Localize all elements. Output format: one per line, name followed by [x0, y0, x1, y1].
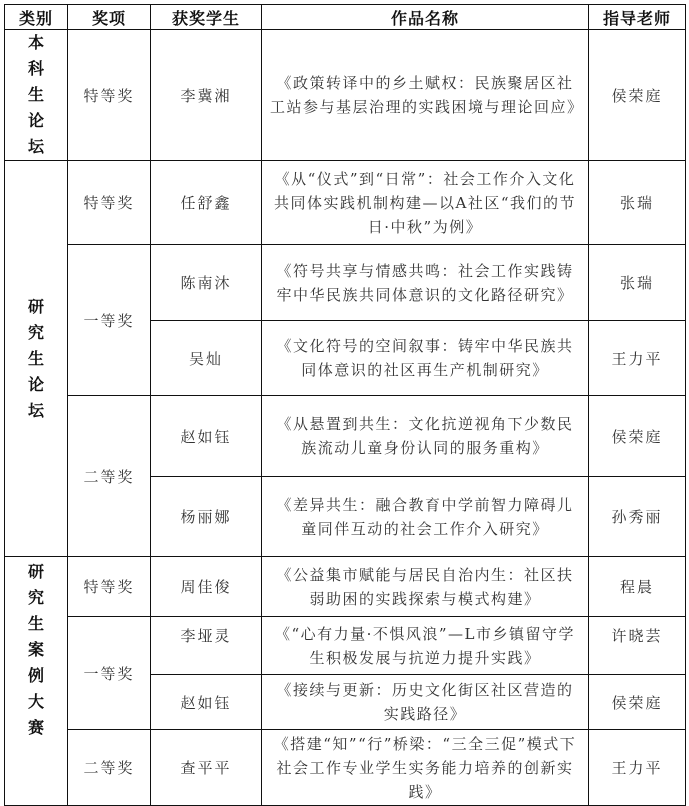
- title-cell: 《“心有力量·不惧风浪”—L市乡镇留守学生积极发展与抗逆力提升实践》: [262, 617, 589, 675]
- title-cell: 《文化符号的空间叙事：铸牢中华民族共同体意识的社区再生产机制研究》: [262, 321, 589, 396]
- header-student: 获奖学生: [151, 5, 262, 30]
- student-cell: 查平平: [151, 730, 262, 806]
- awards-table: 类别 奖项 获奖学生 作品名称 指导老师 本 科 生 论 坛 特等奖 李冀湘 《…: [4, 4, 686, 806]
- award-cell: 一等奖: [68, 245, 151, 396]
- award-cell: 特等奖: [68, 557, 151, 617]
- title-cell: 《符号共享与情感共鸣：社会工作实践铸牢中华民族共同体意识的文化路径研究》: [262, 245, 589, 321]
- category-char: 生: [5, 82, 67, 108]
- header-category: 类别: [5, 5, 68, 30]
- table-row: 一等奖 陈南沐 《符号共享与情感共鸣：社会工作实践铸牢中华民族共同体意识的文化路…: [5, 245, 686, 321]
- teacher-cell: 张瑞: [589, 161, 686, 245]
- category-char: 坛: [5, 398, 67, 424]
- award-cell: 一等奖: [68, 617, 151, 730]
- student-cell: 赵如钰: [151, 396, 262, 477]
- category-cell: 研 究 生 案 例 大 赛: [5, 557, 68, 806]
- award-cell: 特等奖: [68, 30, 151, 161]
- teacher-cell: 侯荣庭: [589, 675, 686, 730]
- teacher-cell: 孙秀丽: [589, 477, 686, 557]
- category-char: 大: [5, 689, 67, 715]
- header-row: 类别 奖项 获奖学生 作品名称 指导老师: [5, 5, 686, 30]
- teacher-cell: 张瑞: [589, 245, 686, 321]
- category-cell: 本 科 生 论 坛: [5, 30, 68, 161]
- header-teacher: 指导老师: [589, 5, 686, 30]
- student-cell: 杨丽娜: [151, 477, 262, 557]
- teacher-cell: 王力平: [589, 321, 686, 396]
- award-cell: 特等奖: [68, 161, 151, 245]
- category-char: 究: [5, 320, 67, 346]
- title-cell: 《政策转译中的乡土赋权：民族聚居区社工站参与基层治理的实践困境与理论回应》: [262, 30, 589, 161]
- student-cell: 吴灿: [151, 321, 262, 396]
- category-char: 生: [5, 346, 67, 372]
- teacher-cell: 许晓芸: [589, 617, 686, 675]
- award-cell: 二等奖: [68, 396, 151, 557]
- teacher-cell: 侯荣庭: [589, 30, 686, 161]
- student-cell: 陈南沐: [151, 245, 262, 321]
- teacher-cell: 王力平: [589, 730, 686, 806]
- category-char: 科: [5, 56, 67, 82]
- title-cell: 《从悬置到共生：文化抗逆视角下少数民族流动儿童身份认同的服务重构》: [262, 396, 589, 477]
- award-cell: 二等奖: [68, 730, 151, 806]
- student-cell: 李垭灵: [151, 617, 262, 675]
- title-cell: 《公益集市赋能与居民自治内生：社区扶弱助困的实践探索与模式构建》: [262, 557, 589, 617]
- category-char: 例: [5, 663, 67, 689]
- table-row: 研 究 生 论 坛 特等奖 任舒鑫 《从“仪式”到“日常”：社会工作介入文化共同…: [5, 161, 686, 245]
- teacher-cell: 程晨: [589, 557, 686, 617]
- table-row: 一等奖 李垭灵 《“心有力量·不惧风浪”—L市乡镇留守学生积极发展与抗逆力提升实…: [5, 617, 686, 675]
- category-cell: 研 究 生 论 坛: [5, 161, 68, 557]
- category-char: 案: [5, 637, 67, 663]
- student-cell: 任舒鑫: [151, 161, 262, 245]
- category-char: 论: [5, 372, 67, 398]
- header-title: 作品名称: [262, 5, 589, 30]
- student-cell: 赵如钰: [151, 675, 262, 730]
- category-char: 赛: [5, 715, 67, 741]
- table-row: 二等奖 赵如钰 《从悬置到共生：文化抗逆视角下少数民族流动儿童身份认同的服务重构…: [5, 396, 686, 477]
- title-cell: 《从“仪式”到“日常”：社会工作介入文化共同体实践机制构建—以A社区“我们的节日…: [262, 161, 589, 245]
- category-char: 研: [5, 559, 67, 585]
- table-row: 研 究 生 案 例 大 赛 特等奖 周佳俊 《公益集市赋能与居民自治内生：社区扶…: [5, 557, 686, 617]
- table-row: 本 科 生 论 坛 特等奖 李冀湘 《政策转译中的乡土赋权：民族聚居区社工站参与…: [5, 30, 686, 161]
- table-row: 二等奖 查平平 《搭建“知”“行”桥梁：“三全三促”模式下社会工作专业学生实务能…: [5, 730, 686, 806]
- category-char: 生: [5, 611, 67, 637]
- teacher-cell: 侯荣庭: [589, 396, 686, 477]
- student-cell: 李冀湘: [151, 30, 262, 161]
- category-char: 本: [5, 30, 67, 56]
- student-cell: 周佳俊: [151, 557, 262, 617]
- category-char: 究: [5, 585, 67, 611]
- category-char: 论: [5, 108, 67, 134]
- title-cell: 《接续与更新：历史文化街区社区营造的实践路径》: [262, 675, 589, 730]
- category-char: 坛: [5, 134, 67, 160]
- category-char: 研: [5, 294, 67, 320]
- title-cell: 《搭建“知”“行”桥梁：“三全三促”模式下社会工作专业学生实务能力培养的创新实践…: [262, 730, 589, 806]
- header-award: 奖项: [68, 5, 151, 30]
- title-cell: 《差异共生：融合教育中学前智力障碍儿童同伴互动的社会工作介入研究》: [262, 477, 589, 557]
